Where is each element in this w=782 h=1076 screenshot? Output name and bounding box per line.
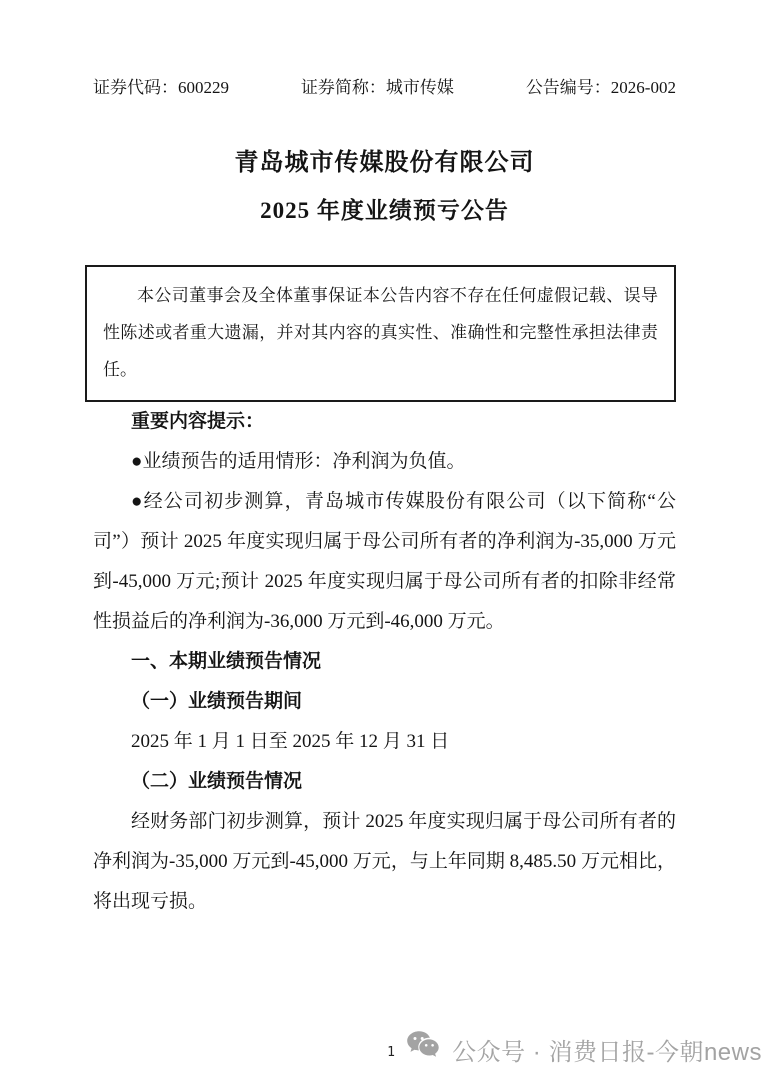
stock-short-name: 证券简称：城市传媒 [301, 73, 454, 98]
section-1-1-heading: （一）业绩预告期间 [93, 682, 676, 722]
forecast-period-text: 2025 年 1 月 1 日至 2025 年 12 月 31 日 [93, 722, 676, 762]
stock-code: 证券代码：600229 [93, 73, 229, 98]
announcement-number: 公告编号：2026-002 [526, 73, 676, 98]
announcement-title: 2025 年度业绩预亏公告 [93, 192, 676, 225]
important-notice-heading: 重要内容提示： [93, 402, 676, 442]
disclaimer-box: 本公司董事会及全体董事保证本公告内容不存在任何虚假记载、误导性陈述或者重大遗漏，… [85, 265, 676, 402]
section-1-heading: 一、本期业绩预告情况 [93, 642, 676, 682]
forecast-situation-text: 经财务部门初步测算，预计 2025 年度实现归属于母公司所有者的净利润为-35,… [93, 802, 676, 922]
notice-bullet-preliminary-estimate: ●经公司初步测算，青岛城市传媒股份有限公司（以下简称“公司”）预计 2025 年… [93, 482, 676, 642]
section-1-2-heading: （二）业绩预告情况 [93, 762, 676, 802]
document-header: 证券代码：600229 证券简称：城市传媒 公告编号：2026-002 [93, 0, 676, 98]
wechat-icon [406, 1030, 442, 1068]
disclaimer-text: 本公司董事会及全体董事保证本公告内容不存在任何虚假记载、误导性陈述或者重大遗漏，… [103, 277, 658, 388]
watermark-text: 公众号 · 消费日报-今朝news [452, 1032, 762, 1067]
notice-bullet-applicable-situation: ●业绩预告的适用情形：净利润为负值。 [93, 442, 676, 482]
wechat-watermark: 公众号 · 消费日报-今朝news [406, 1030, 762, 1068]
company-name-title: 青岛城市传媒股份有限公司 [93, 142, 676, 177]
announcement-document-page: 证券代码：600229 证券简称：城市传媒 公告编号：2026-002 青岛城市… [0, 0, 782, 1076]
